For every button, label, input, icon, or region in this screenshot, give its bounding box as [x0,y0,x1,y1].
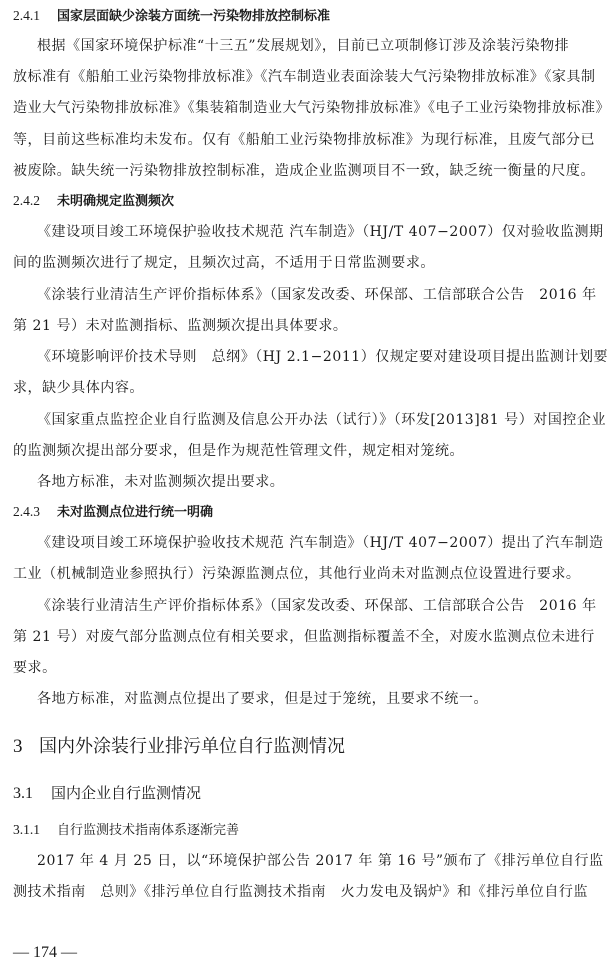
heading-3-1-1: 3.1.1自行监测技术指南体系逐渐完善 [13,820,239,841]
paragraph-line: 《建设项目竣工环境保护验收技术规范 汽车制造》（HJ/T 407−2007）仅对… [37,222,515,242]
heading-number: 3.1 [13,783,51,805]
heading-title: 国内外涂装行业排污单位自行监测情况 [39,736,345,757]
heading-number: 2.4.1 [13,6,57,26]
heading-title: 自行监测技术指南体系逐渐完善 [57,823,239,838]
heading-2-4-1: 2.4.1国家层面缺少涂装方面统一污染物排放控制标准 [13,6,330,27]
heading-3: 3国内外涂装行业排污单位自行监测情况 [13,733,345,760]
document-page: 2.4.1国家层面缺少涂装方面统一污染物排放控制标准 根据《国家环境保护标准“十… [0,0,607,980]
paragraph-line: 的监测频次提出部分要求，但是作为规范性管理文件，规定相对笼统。 [13,441,491,461]
heading-title: 国家层面缺少涂装方面统一污染物排放控制标准 [57,9,330,24]
paragraph-line: 《建设项目竣工环境保护验收技术规范 汽车制造》（HJ/T 407−2007）提出… [37,533,515,553]
paragraph-line: 求，缺少具体内容。 [13,378,491,398]
heading-number: 2.4.2 [13,191,57,211]
paragraph-line: 2017 年 4 月 25 日，以“环境保护部公告 2017 年 第 16 号”… [37,851,515,871]
paragraph-line: 《涂装行业清洁生产评价指标体系》（国家发改委、环保部、工信部联合公告 2016 … [37,285,515,305]
heading-title: 未明确规定监测频次 [57,194,174,209]
paragraph-line: 放标准有《船舶工业污染物排放标准》《汽车制造业表面涂装大气污染物排放标准》《家具… [13,67,491,87]
paragraph-line: 《涂装行业清洁生产评价指标体系》（国家发改委、环保部、工信部联合公告 2016 … [37,596,515,616]
paragraph-line: 第 21 号）对废气部分监测点位有相关要求，但监测指标覆盖不全，对废水监测点位未… [13,627,491,647]
heading-number: 3 [13,734,39,760]
paragraph-line: 各地方标准，对监测点位提出了要求，但是过于笼统，且要求不统一。 [37,689,515,709]
paragraph-line: 第 21 号）未对监测指标、监测频次提出具体要求。 [13,316,491,336]
paragraph-line: 根据《国家环境保护标准“十三五”发展规划》，目前已立项制修订涉及涂装污染物排 [37,36,515,56]
paragraph-line: 被废除。缺失统一污染物排放控制标准，造成企业监测项目不一致，缺乏统一衡量的尺度。 [13,161,491,181]
heading-title: 未对监测点位进行统一明确 [57,505,213,520]
paragraph-line: 各地方标准，未对监测频次提出要求。 [37,472,515,492]
heading-title: 国内企业自行监测情况 [51,784,201,802]
paragraph-line: 《环境影响评价技术导则 总纲》（HJ 2.1−2011）仅规定要对建设项目提出监… [37,347,515,367]
heading-3-1: 3.1国内企业自行监测情况 [13,782,201,805]
paragraph-line: 工业（机械制造业参照执行）污染源监测点位，其他行业尚未对监测点位设置进行要求。 [13,564,491,584]
paragraph-line: 测技术指南 总则》《排污单位自行监测技术指南 火力发电及锅炉》和《排污单位自行监 [13,882,491,902]
paragraph-line: 要求。 [13,658,491,678]
heading-number: 3.1.1 [13,820,57,840]
heading-2-4-2: 2.4.2未明确规定监测频次 [13,191,174,212]
page-number: — 174 — [13,944,77,962]
heading-number: 2.4.3 [13,502,57,522]
paragraph-line: 间的监测频次进行了规定，且频次过高，不适用于日常监测要求。 [13,253,491,273]
heading-2-4-3: 2.4.3未对监测点位进行统一明确 [13,502,213,523]
paragraph-line: 《国家重点监控企业自行监测及信息公开办法（试行）》（环发[2013]81 号）对… [37,410,515,430]
paragraph-line: 等，目前这些标准均未发布。仅有《船舶工业污染物排放标准》为现行标准，且废气部分已 [13,130,491,150]
paragraph-line: 造业大气污染物排放标准》《集装箱制造业大气污染物排放标准》《电子工业污染物排放标… [13,98,491,118]
